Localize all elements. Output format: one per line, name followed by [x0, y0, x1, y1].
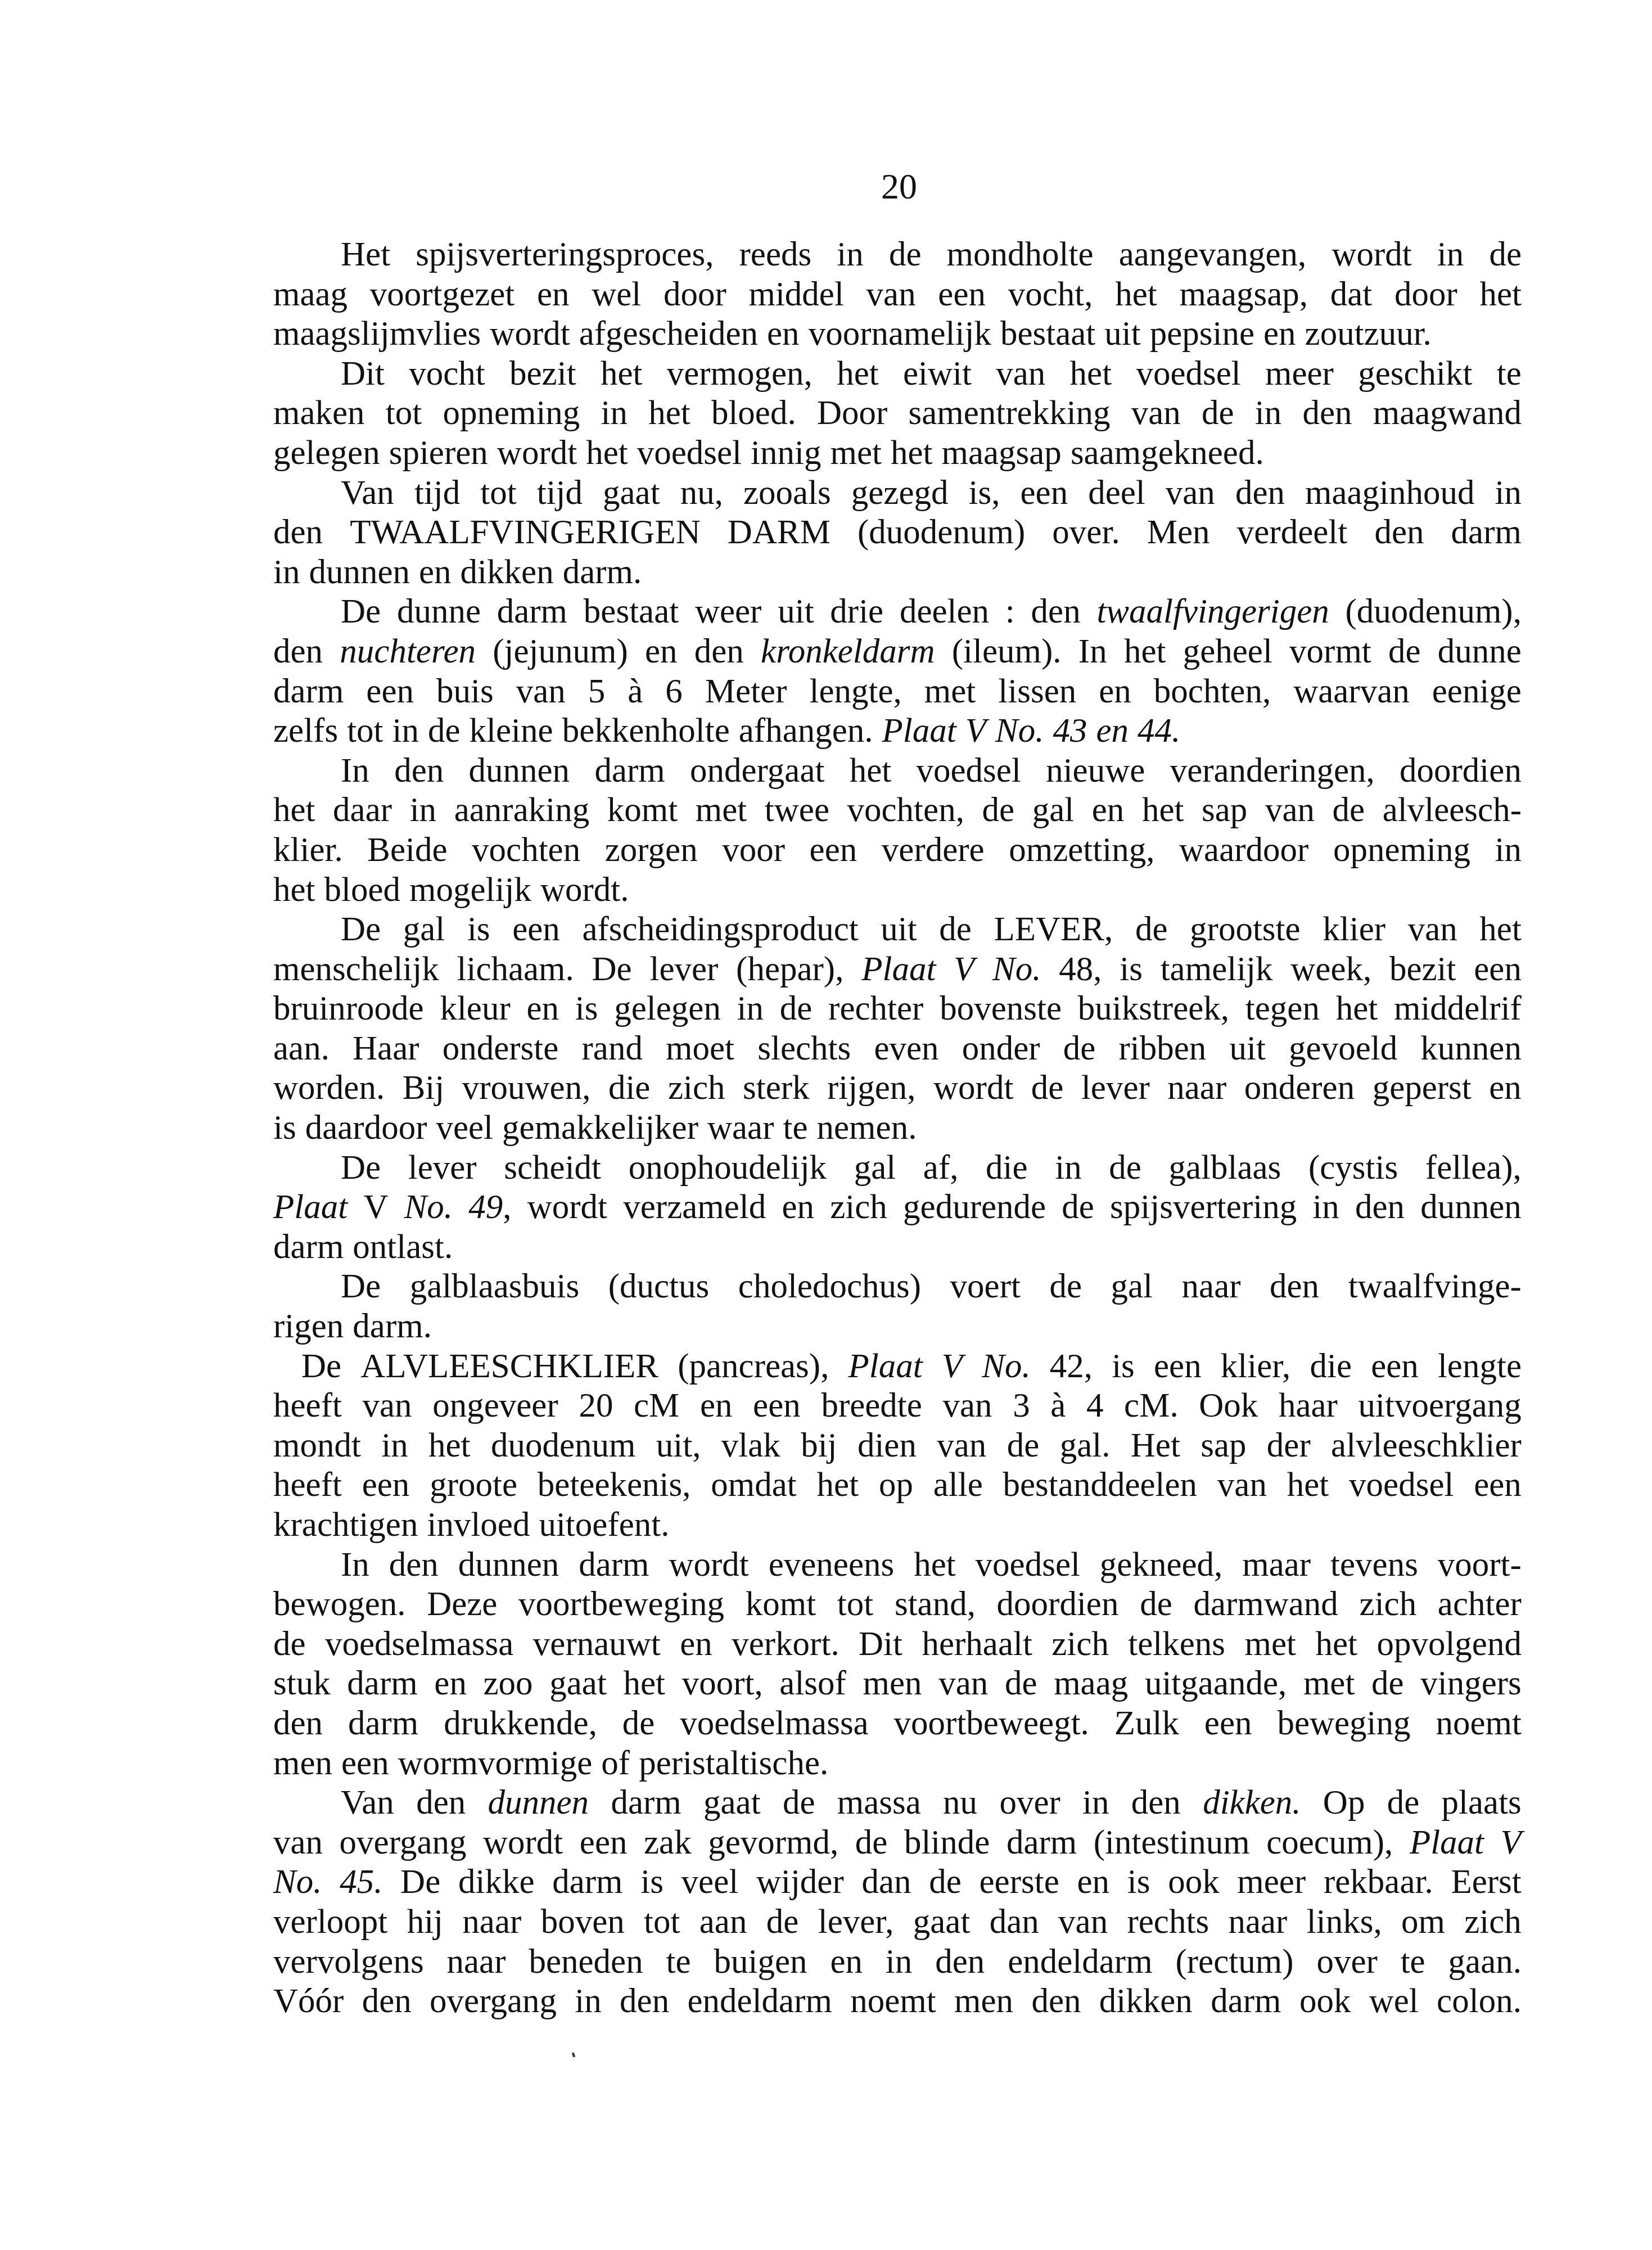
word: voedsel [917, 751, 1021, 791]
word: in [601, 394, 628, 434]
word: rechter [828, 989, 923, 1029]
word: bezit [1389, 950, 1456, 990]
word: Het [341, 235, 390, 275]
word: bestanddeelen [1003, 1466, 1198, 1505]
word: kleine [470, 711, 553, 751]
word: een [341, 1744, 389, 1784]
text-line: DegaliseenafscheidingsproductuitdeLEVER,… [273, 910, 1522, 950]
word: darm [1451, 513, 1522, 553]
word: waardoor [1179, 831, 1308, 871]
text-line: heeftvanongeveer20cMeneenbreedtevan3à4cM… [273, 1386, 1522, 1426]
text-line: darmontlast. [273, 1228, 1522, 1268]
word: alvleesch- [1383, 791, 1522, 831]
word: dan [861, 1863, 911, 1902]
word: overgang [340, 1823, 467, 1863]
word: zich [830, 1188, 887, 1228]
word: maagsap [941, 434, 1061, 474]
text-line: aan.Haarondersterandmoetslechtsevenonder… [273, 1029, 1522, 1069]
word: herhaalt [922, 1625, 1032, 1665]
word: is, [969, 474, 1000, 513]
word: de [1333, 791, 1365, 831]
word: V [965, 711, 986, 751]
word: zoo [484, 1664, 533, 1704]
word: de [1005, 1664, 1037, 1704]
word: gekneed, [1100, 1545, 1222, 1585]
word: in [381, 1426, 408, 1466]
word: wel [1369, 1982, 1419, 2022]
word: LEVER, [994, 910, 1113, 950]
word: lengte [1438, 1347, 1522, 1387]
word: gelegen [273, 434, 380, 474]
word: in [886, 1942, 912, 1982]
word: vochten, [847, 791, 964, 831]
word: de [929, 1863, 962, 1902]
word: naar [1228, 1902, 1287, 1942]
word: galblaas [1169, 1148, 1281, 1188]
word: in [410, 791, 436, 831]
word: maaginhoud [1305, 474, 1475, 513]
word: en [830, 1942, 863, 1982]
word: scheidt [504, 1148, 601, 1188]
word: lissen [998, 672, 1076, 712]
word: voort- [1438, 1545, 1522, 1585]
word: dien [857, 1426, 917, 1466]
text-line: PlaatVNo.49,wordtverzameldenzichgedurend… [273, 1188, 1522, 1228]
word: 5 [588, 672, 606, 712]
word: van [1408, 910, 1457, 950]
word: der [1267, 1426, 1311, 1466]
word: opneming [443, 394, 580, 434]
word: het [1336, 989, 1378, 1029]
word: den [273, 632, 323, 672]
word: Meter [705, 672, 787, 712]
word: tot [480, 474, 516, 513]
word: meer [1265, 354, 1334, 394]
word: de [1007, 1426, 1040, 1466]
word: Het [1131, 1426, 1180, 1466]
word: voedsel [637, 434, 742, 474]
text-line: indunnenendikkendarm. [273, 553, 1522, 593]
word: uit [1230, 1029, 1266, 1069]
word: het [914, 1545, 956, 1585]
word: (duodenum), [1346, 592, 1522, 632]
word: (ductus [608, 1267, 710, 1307]
word: dunnen [309, 553, 410, 593]
word: den [1355, 1188, 1405, 1228]
word: in [392, 711, 419, 751]
word: te [783, 1108, 808, 1148]
word: waar [707, 1108, 774, 1148]
word: zooals [743, 474, 831, 513]
text-line: DeALVLEESCHKLIER(pancreas),PlaatVNo.42,i… [273, 1347, 1522, 1387]
word: invloed [427, 1505, 530, 1545]
word: gal [1032, 791, 1075, 831]
word: het [273, 871, 315, 910]
word: de [1371, 1664, 1404, 1704]
word: tot [386, 394, 422, 434]
paragraph: Deleverscheidtonophoudelijkgalaf,dieinde… [273, 1148, 1522, 1268]
word: en [1077, 1863, 1109, 1902]
word: de [1140, 1585, 1172, 1625]
word: het [1287, 1466, 1329, 1505]
word: vochten [472, 831, 580, 871]
word: maagsap, [1179, 275, 1308, 315]
word: wormvormige [398, 1744, 593, 1784]
word: gal [1111, 1267, 1153, 1307]
word: doordien [1400, 751, 1522, 791]
word: den [1031, 1982, 1081, 2022]
word: voedselmassa [325, 1625, 513, 1665]
word: 43 [1053, 711, 1087, 751]
word: de [1388, 632, 1421, 672]
word: over. [1052, 513, 1120, 553]
word: dunnen [469, 751, 570, 791]
word: men [863, 1664, 922, 1704]
word: bovenste [940, 989, 1062, 1029]
text-line: maagvoortgezetenweldoormiddelvaneenvocht… [273, 275, 1522, 315]
word: een [753, 1386, 801, 1426]
word: tevens [1330, 1545, 1418, 1585]
word: in [737, 989, 764, 1029]
word: door [1394, 275, 1457, 315]
word: omzetting, [1009, 831, 1154, 871]
text-line: dennuchteren(jejunum)endenkronkeldarm(il… [273, 632, 1522, 672]
word: die [608, 1068, 651, 1108]
word: overgang [430, 1982, 557, 2022]
word: de [622, 1704, 655, 1744]
word: verdeelt [1237, 513, 1347, 553]
word: rijgen, [827, 1068, 916, 1108]
word: het [1142, 791, 1184, 831]
word: ook [1168, 1863, 1220, 1902]
word: fellea), [1425, 1148, 1522, 1188]
word: gaat [603, 474, 660, 513]
word: mondt [273, 1426, 361, 1466]
text-line: darmeenbuisvan5à6Meterlengte,metlissenen… [273, 672, 1522, 712]
word: den [1235, 474, 1285, 513]
word: wordt [933, 1068, 1013, 1108]
word: met [924, 672, 976, 712]
word: door [663, 275, 726, 315]
text-line: bewogen.Dezevoortbewegingkomttotstand,do… [273, 1585, 1522, 1625]
word: 49, [468, 1188, 511, 1228]
document-page: 20 Hetspijsverteringsproces,reedsindemon… [0, 0, 1652, 2250]
word: Door [817, 394, 887, 434]
word: een [1474, 950, 1522, 990]
word: te [1401, 1942, 1425, 1982]
word: een [580, 1823, 628, 1863]
word: Plaat [1410, 1823, 1484, 1863]
word: endeldarm [688, 1982, 832, 2022]
word: en [434, 1664, 467, 1704]
word: darm [594, 751, 665, 791]
word: opneming [1333, 831, 1470, 871]
text-line: makentotopneminginhetbloed.Doorsamentrek… [273, 394, 1522, 434]
word: te [666, 1942, 691, 1982]
word: gal. [1060, 1426, 1111, 1466]
word: darm [347, 1664, 417, 1704]
word: voornamelijk [809, 314, 991, 354]
word: rigen [273, 1307, 344, 1347]
word: voedsel [976, 1545, 1080, 1585]
word: is [1112, 1347, 1135, 1387]
word: het [1115, 275, 1157, 315]
word: ook [1299, 1982, 1351, 2022]
word: men [273, 1744, 332, 1784]
word: bezit [509, 354, 576, 394]
text-line: maagslijmvlieswordtafgescheidenenvoornam… [273, 314, 1522, 354]
word: onophoudelijk [629, 1148, 827, 1188]
word: in [1082, 1783, 1109, 1823]
word: Zulk [1114, 1704, 1179, 1744]
word: Dit [341, 354, 385, 394]
word: men [954, 1982, 1013, 2022]
word: eerste [980, 1863, 1059, 1902]
word: De [341, 1148, 381, 1188]
word: pepsine [1150, 314, 1254, 354]
word: bloed [324, 871, 401, 910]
text-line: bruinroodekleurenisgelegeninderechterbov… [273, 989, 1522, 1029]
word: worden. [273, 1068, 385, 1108]
word: over [999, 1783, 1060, 1823]
word: voert [950, 1267, 1021, 1307]
word: spieren [389, 434, 488, 474]
word: (hepar), [736, 950, 843, 990]
word: tot [837, 1585, 873, 1625]
word: No. [404, 1188, 453, 1228]
word: en [645, 632, 678, 672]
word: V [954, 950, 974, 990]
word: wordt [669, 1545, 748, 1585]
word: op [879, 1466, 913, 1505]
word: krachtigen [273, 1505, 418, 1545]
word: omdat [711, 1466, 796, 1505]
word: is [575, 989, 598, 1029]
word: veel [681, 1863, 739, 1902]
word: bestaat [584, 592, 679, 632]
word: de [1109, 1148, 1141, 1188]
word: een [938, 275, 986, 315]
word: gelegen [614, 989, 721, 1029]
text-line: denTWAALFVINGERIGENDARM(duodenum)over.Me… [273, 513, 1522, 553]
word: af, [923, 1148, 959, 1188]
word: mondholte [947, 235, 1094, 275]
word: wordt [527, 1188, 607, 1228]
word: Deze [427, 1585, 497, 1625]
text-line: worden.Bijvrouwen,diezichsterkrijgen,wor… [273, 1068, 1522, 1108]
word: spijsvertering [1110, 1188, 1297, 1228]
word: darmwand [1193, 1585, 1338, 1625]
word: uitvoergang [1358, 1386, 1522, 1426]
word: lever [649, 950, 718, 990]
word: links, [1307, 1902, 1382, 1942]
word: naar [1182, 1267, 1241, 1307]
word: plaats [1442, 1783, 1522, 1823]
word: in [575, 1982, 601, 2022]
word: gedurende [903, 1188, 1046, 1228]
word: (ileum). [952, 632, 1062, 672]
word: van [1131, 394, 1181, 434]
word: De [341, 1267, 381, 1307]
word: buis [436, 672, 494, 712]
word: breedte [821, 1386, 922, 1426]
word: wordt [483, 1823, 563, 1863]
word: gaat [703, 1783, 761, 1823]
word: en [419, 553, 452, 593]
word: 6 [665, 672, 683, 712]
word: gevormd, [708, 1823, 838, 1863]
word: wel [592, 275, 641, 315]
word: verdere [882, 831, 985, 871]
word: sap [1202, 791, 1247, 831]
word: V [1501, 1823, 1522, 1863]
word: van [938, 1664, 988, 1704]
word: In [341, 1545, 369, 1585]
word: van [1217, 1466, 1267, 1505]
word: darm [273, 672, 344, 712]
word: geperst [1373, 1068, 1472, 1108]
word: verzameld [623, 1188, 766, 1228]
word: de [1387, 1783, 1420, 1823]
word: wijder [756, 1863, 844, 1902]
word: ALVLEESCHKLIER [360, 1347, 658, 1387]
word: den [620, 1982, 669, 2022]
word: In [1078, 632, 1107, 672]
scan-speck [572, 2053, 575, 2058]
word: klier. [273, 831, 343, 871]
word: De [341, 592, 381, 632]
text-line: heefteengrootebeteekenis,omdathetopalleb… [273, 1466, 1522, 1505]
word: naar [462, 1902, 521, 1942]
word: darm [497, 592, 567, 632]
word: cM. [1124, 1386, 1179, 1426]
word: bloed. [711, 394, 796, 434]
word: 20 [579, 1386, 613, 1426]
word: noemt [850, 1982, 936, 2022]
word: een [366, 672, 414, 712]
word: het [1315, 1625, 1357, 1665]
word: en [782, 1188, 814, 1228]
word: week, [1290, 950, 1371, 990]
word: den [362, 1982, 412, 2022]
word: is [467, 910, 490, 950]
word: gevoeld [1289, 1029, 1397, 1069]
word: dikken [1099, 1982, 1193, 2022]
word: hij [407, 1902, 443, 1942]
word: het [648, 394, 690, 434]
word: voortgezet [370, 275, 514, 315]
word: tijd [537, 474, 583, 513]
word: de [1063, 1029, 1096, 1069]
word: nemen. [817, 1108, 917, 1148]
word: sap [1200, 1426, 1246, 1466]
word: weer [695, 592, 762, 632]
word: en [767, 314, 800, 354]
page-number: 20 [73, 164, 1652, 209]
word: beweging [1277, 1704, 1410, 1744]
word: de [780, 989, 813, 1029]
text-line: vanovergangwordteenzakgevormd,deblindeda… [273, 1823, 1522, 1863]
word: klier, [1221, 1347, 1291, 1387]
text-line: zelfstotindekleinebekkenholteafhangen.Pl… [273, 711, 1522, 751]
word: heeft [273, 1466, 342, 1505]
word: het [850, 751, 892, 791]
word: van [1166, 474, 1215, 513]
text-line: dendarmdrukkende,devoedselmassavoortbewe… [273, 1704, 1522, 1744]
word: Beide [367, 831, 447, 871]
word: naar [447, 1942, 506, 1982]
text-line: vervolgensnaarbenedentebuigenenindenende… [273, 1942, 1522, 1982]
word: lengte, [810, 672, 902, 712]
word: in [1055, 1148, 1081, 1188]
word: Haar [353, 1029, 419, 1069]
word: komt [607, 791, 678, 831]
word: of [601, 1744, 630, 1784]
word: den [1302, 394, 1352, 434]
word: en [1489, 1068, 1522, 1108]
word: voor [722, 831, 785, 871]
word: vermogen, [667, 354, 813, 394]
word: en [1092, 791, 1125, 831]
word: noemt [1436, 1704, 1521, 1744]
word: met [1245, 1625, 1296, 1665]
word: uit [1104, 314, 1140, 354]
word: saamgekneed. [1071, 434, 1264, 474]
word: een [1020, 474, 1068, 513]
word: geschikt [1358, 354, 1472, 394]
word: boven [541, 1902, 625, 1942]
word: vocht [409, 354, 485, 394]
word: Men [1147, 513, 1210, 553]
word: beneden [529, 1942, 643, 1982]
word: (jejunum) [493, 632, 628, 672]
word: onder [962, 1029, 1040, 1069]
word: een [1204, 1704, 1252, 1744]
word: uit, [656, 1426, 701, 1466]
text-line: stukdarmenzoogaathetvoort,alsofmenvandem… [273, 1664, 1522, 1704]
word: de [1049, 1267, 1082, 1307]
word: coecum), [1266, 1823, 1393, 1863]
word: de [1135, 910, 1168, 950]
word: darm [1006, 1823, 1077, 1863]
word: vocht, [1008, 275, 1093, 315]
word: zak [644, 1823, 692, 1863]
word: middel [748, 275, 843, 315]
paragraph: Degalblaasbuis(ductuscholedochus)voertde… [273, 1267, 1522, 1346]
word: 4 [1086, 1386, 1104, 1426]
paragraph: Ditvochtbezithetvermogen,heteiwitvanhetv… [273, 354, 1522, 474]
word: in [1312, 1188, 1339, 1228]
word: twee [765, 791, 829, 831]
word: onderen [1244, 1068, 1355, 1108]
word: samentrekking [908, 394, 1110, 434]
word: beteekenis, [538, 1466, 691, 1505]
text-line: Degalblaasbuis(ductuscholedochus)voertde… [273, 1267, 1522, 1307]
word: gaat [549, 1664, 607, 1704]
word: buikstreek, [1078, 989, 1229, 1029]
word: nieuwe [1046, 751, 1145, 791]
text-line: Indendunnendarmondergaathetvoedselnieuwe… [273, 751, 1522, 791]
word: darm [579, 1545, 649, 1585]
word: dikke [458, 1863, 535, 1902]
word: daar [333, 791, 392, 831]
word: slechts [757, 1029, 851, 1069]
word: choledochus) [738, 1267, 921, 1307]
word: den [273, 1704, 323, 1744]
word: No. [273, 1863, 322, 1902]
word: onderste [443, 1029, 559, 1069]
word: cM [634, 1386, 679, 1426]
